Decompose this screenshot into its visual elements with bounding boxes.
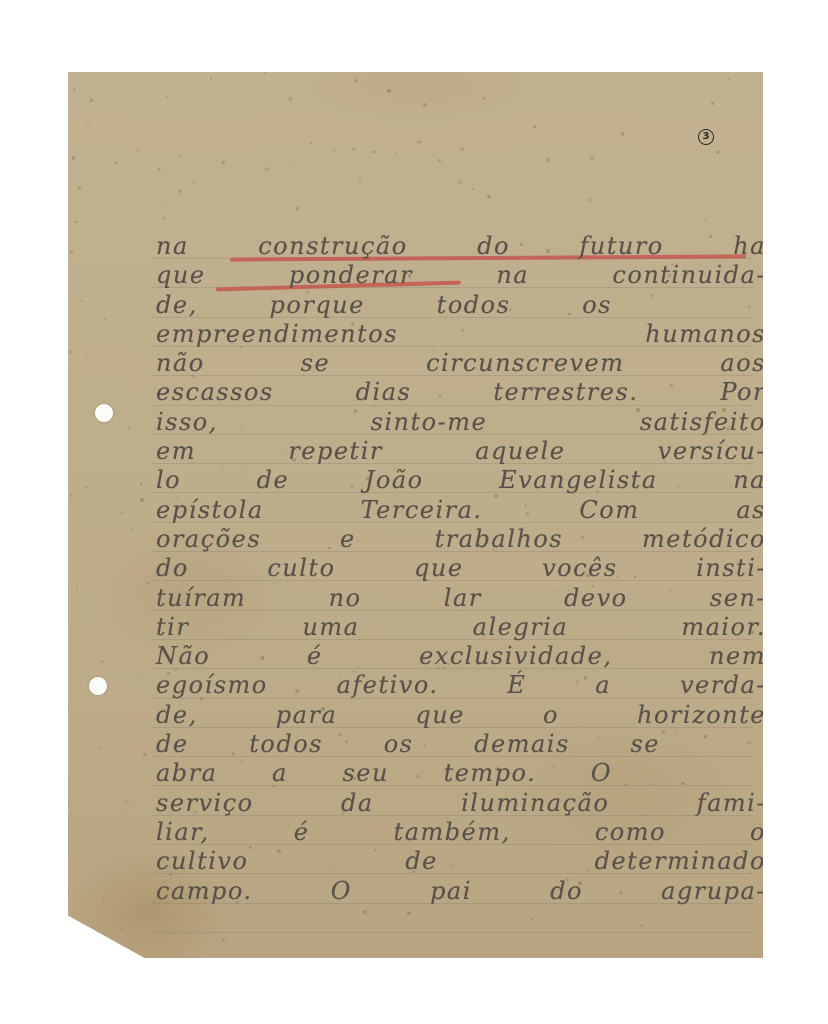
foxing-spot bbox=[407, 912, 410, 915]
foxing-spot bbox=[128, 427, 131, 430]
handwritten-word: satisfeito bbox=[640, 408, 766, 437]
handwritten-word: egoísmo bbox=[156, 671, 268, 700]
handwritten-word: tir bbox=[156, 613, 189, 642]
handwritten-word: também, bbox=[394, 818, 511, 847]
foxing-spot bbox=[372, 151, 375, 154]
foxing-spot bbox=[70, 494, 73, 497]
foxing-spot bbox=[70, 251, 73, 254]
handwritten-word: metódico bbox=[642, 525, 766, 554]
handwritten-word: todos bbox=[437, 291, 511, 320]
handwritten-word: dias bbox=[356, 378, 412, 407]
handwritten-word: ha bbox=[733, 232, 766, 261]
foxing-spot bbox=[74, 221, 76, 223]
text-line: queponderarnacontinuida- bbox=[156, 261, 766, 290]
foxing-spot bbox=[125, 799, 129, 803]
foxing-spot bbox=[455, 174, 457, 176]
text-line: tuíramnolardevosen- bbox=[156, 584, 766, 613]
foxing-spot bbox=[363, 910, 367, 914]
foxing-spot bbox=[303, 199, 304, 200]
foxing-spot bbox=[711, 102, 714, 105]
text-line: detodososdemaisse bbox=[156, 730, 660, 759]
text-line: abraaseutempo.O bbox=[156, 759, 612, 788]
handwritten-word: do bbox=[156, 554, 189, 583]
handwritten-word: determinado bbox=[595, 847, 766, 876]
handwritten-word: o bbox=[750, 818, 766, 847]
text-line: empreendimentoshumanos bbox=[156, 320, 766, 349]
handwritten-word: pai bbox=[430, 877, 472, 906]
handwritten-word: uma bbox=[302, 613, 359, 642]
handwritten-word: do bbox=[550, 877, 583, 906]
foxing-spot bbox=[104, 318, 106, 320]
handwritten-word: as bbox=[736, 496, 766, 525]
foxing-spot bbox=[94, 144, 96, 146]
handwritten-word: repetir bbox=[288, 437, 383, 466]
handwritten-word: ponderar bbox=[289, 261, 413, 290]
handwritten-word: de bbox=[405, 847, 438, 876]
handwritten-word: da bbox=[341, 789, 374, 818]
foxing-spot bbox=[703, 220, 705, 222]
text-line: liar,étambém,comoo bbox=[156, 818, 766, 847]
handwritten-word: continuida- bbox=[612, 261, 766, 290]
handwritten-word: orações bbox=[156, 525, 261, 554]
handwritten-word: de bbox=[257, 466, 290, 495]
foxing-spot bbox=[278, 98, 280, 100]
handwritten-word: que bbox=[415, 701, 465, 730]
foxing-spot bbox=[77, 729, 78, 730]
handwritten-word: epístola bbox=[156, 496, 264, 525]
foxing-spot bbox=[72, 156, 76, 160]
handwritten-word: empreendimentos bbox=[156, 320, 398, 349]
foxing-spot bbox=[472, 188, 474, 190]
handwritten-word: na bbox=[496, 261, 529, 290]
foxing-spot bbox=[81, 300, 83, 302]
foxing-spot bbox=[359, 178, 362, 181]
foxing-spot bbox=[728, 78, 730, 80]
page-number-circled: 3 bbox=[698, 129, 714, 145]
text-line: escassosdiasterrestres.Por bbox=[156, 378, 766, 407]
foxing-spot bbox=[483, 97, 486, 100]
foxing-spot bbox=[438, 159, 441, 162]
handwritten-word: humanos bbox=[645, 320, 766, 349]
foxing-spot bbox=[640, 924, 643, 927]
handwritten-word: Evangelista bbox=[499, 466, 658, 495]
foxing-spot bbox=[546, 158, 549, 161]
handwritten-word: tuíram bbox=[156, 584, 246, 613]
foxing-spot bbox=[210, 78, 212, 80]
foxing-spot bbox=[447, 87, 449, 89]
foxing-spot bbox=[716, 151, 719, 154]
text-line: oraçõesetrabalhosmetódico bbox=[156, 525, 766, 554]
handwritten-word: serviço bbox=[156, 789, 254, 818]
foxing-spot bbox=[121, 511, 124, 514]
foxing-spot bbox=[166, 95, 169, 98]
handwritten-word: o bbox=[543, 701, 559, 730]
text-line: epístolaTerceira.Comas bbox=[156, 496, 766, 525]
handwritten-word: que bbox=[414, 554, 464, 583]
handwritten-word: alegria bbox=[473, 613, 569, 642]
foxing-spot bbox=[676, 145, 677, 146]
foxing-spot bbox=[401, 130, 403, 132]
handwritten-word: insti- bbox=[696, 554, 766, 583]
foxing-spot bbox=[352, 148, 355, 151]
foxing-spot bbox=[191, 181, 195, 185]
text-line: tirumaalegriamaior. bbox=[156, 613, 766, 642]
text-line: nãosecircunscrevemaos bbox=[156, 349, 766, 378]
text-line: cultivodedeterminado bbox=[156, 847, 766, 876]
foxing-spot bbox=[395, 153, 397, 155]
handwritten-word: não bbox=[156, 349, 205, 378]
foxing-spot bbox=[87, 125, 89, 127]
handwritten-word: isso, bbox=[156, 408, 218, 437]
foxing-spot bbox=[76, 585, 78, 587]
handwritten-word: na bbox=[733, 466, 766, 495]
foxing-spot bbox=[265, 167, 269, 171]
text-line: emrepetiraqueleversícu- bbox=[156, 437, 766, 466]
foxing-spot bbox=[179, 155, 180, 156]
handwritten-word: se bbox=[301, 349, 331, 378]
foxing-spot bbox=[143, 753, 146, 756]
foxing-spot bbox=[221, 207, 222, 208]
text-line: Nãoéexclusividade,nem bbox=[156, 642, 766, 671]
handwritten-word: todos bbox=[249, 730, 323, 759]
handwritten-word: construção bbox=[258, 232, 407, 261]
text-line: de,paraqueohorizonte bbox=[156, 701, 766, 730]
punch-hole-bottom bbox=[89, 677, 107, 695]
foxing-spot bbox=[222, 161, 225, 164]
foxing-spot bbox=[73, 88, 76, 91]
foxing-spot bbox=[137, 150, 140, 153]
foxing-spot bbox=[503, 153, 505, 155]
text-line: egoísmoafetivo.Éaverda- bbox=[156, 671, 766, 700]
foxing-spot bbox=[100, 747, 102, 749]
foxing-spot bbox=[420, 141, 422, 143]
foxing-spot bbox=[589, 164, 591, 166]
foxing-spot bbox=[103, 898, 105, 900]
foxing-spot bbox=[78, 186, 81, 189]
handwritten-word: escassos bbox=[156, 378, 274, 407]
foxing-spot bbox=[162, 217, 165, 220]
foxing-spot bbox=[69, 350, 73, 354]
foxing-spot bbox=[289, 97, 292, 100]
handwritten-word: para bbox=[276, 701, 337, 730]
handwritten-word: lo bbox=[156, 466, 181, 495]
handwritten-word: iluminação bbox=[461, 789, 609, 818]
handwritten-word: trabalhos bbox=[435, 525, 564, 554]
foxing-spot bbox=[692, 922, 695, 925]
foxing-spot bbox=[481, 165, 482, 166]
handwritten-word: nem bbox=[709, 642, 766, 671]
foxing-spot bbox=[419, 941, 421, 943]
handwritten-word: lar bbox=[444, 584, 482, 613]
foxing-spot bbox=[294, 162, 295, 163]
handwritten-word: devo bbox=[564, 584, 628, 613]
handwritten-word: que bbox=[156, 261, 206, 290]
foxing-spot bbox=[757, 84, 759, 86]
foxing-spot bbox=[719, 151, 722, 154]
handwritten-word: é bbox=[307, 642, 323, 671]
handwritten-word: seu bbox=[342, 759, 388, 788]
handwritten-word: liar, bbox=[156, 818, 210, 847]
handwritten-word: versícu- bbox=[658, 437, 766, 466]
handwritten-word: futuro bbox=[579, 232, 663, 261]
handwritten-word: aquele bbox=[475, 437, 565, 466]
handwritten-word: cultivo bbox=[156, 847, 248, 876]
foxing-spot bbox=[533, 125, 536, 128]
foxing-spot bbox=[120, 928, 122, 930]
handwritten-word: os bbox=[582, 291, 612, 320]
handwritten-word: É bbox=[507, 671, 526, 700]
foxing-spot bbox=[459, 181, 462, 184]
handwritten-word: O bbox=[331, 877, 352, 906]
foxing-spot bbox=[487, 195, 491, 199]
foxing-spot bbox=[354, 79, 356, 81]
foxing-spot bbox=[179, 190, 182, 193]
text-line: de,porquetodosos bbox=[156, 291, 612, 320]
handwritten-word: Terceira. bbox=[361, 496, 483, 525]
foxing-spot bbox=[147, 582, 149, 584]
foxing-spot bbox=[222, 939, 225, 942]
handwritten-word: a bbox=[595, 671, 611, 700]
text-line: isso,sinto-mesatisfeito bbox=[156, 408, 766, 437]
handwritten-word: se bbox=[630, 730, 660, 759]
handwritten-word: a bbox=[272, 759, 288, 788]
foxing-spot bbox=[621, 132, 625, 136]
foxing-spot bbox=[140, 483, 142, 485]
foxing-spot bbox=[333, 149, 336, 152]
manuscript-page: 3 naconstruçãodofuturohaqueponderarnacon… bbox=[68, 72, 763, 958]
foxing-spot bbox=[167, 201, 168, 202]
handwritten-word: campo. bbox=[156, 877, 253, 906]
handwritten-word: aos bbox=[720, 349, 766, 378]
handwritten-word: na bbox=[156, 232, 189, 261]
handwritten-word: vocês bbox=[542, 554, 617, 583]
handwritten-word: de, bbox=[156, 701, 198, 730]
text-line: naconstruçãodofuturoha bbox=[156, 232, 766, 261]
handwritten-word: tempo. bbox=[444, 759, 537, 788]
handwritten-word: como bbox=[595, 818, 666, 847]
foxing-spot bbox=[144, 233, 145, 234]
foxing-spot bbox=[310, 142, 312, 144]
handwritten-word: Não bbox=[156, 642, 210, 671]
handwritten-word: verda- bbox=[680, 671, 766, 700]
foxing-spot bbox=[611, 944, 612, 945]
handwritten-word: culto bbox=[267, 554, 335, 583]
text-line: campo.Opaidoagrupa- bbox=[156, 877, 766, 906]
text-line: docultoquevocêsinsti- bbox=[156, 554, 766, 583]
handwritten-word: agrupa- bbox=[661, 877, 766, 906]
handwritten-word: de, bbox=[156, 291, 198, 320]
handwritten-word: circunscrevem bbox=[426, 349, 624, 378]
text-line: serviçodailuminaçãofami- bbox=[156, 789, 766, 818]
handwritten-word: os bbox=[384, 730, 414, 759]
handwritten-word: maior. bbox=[681, 613, 766, 642]
foxing-spot bbox=[531, 918, 533, 920]
handwritten-word: terrestres. bbox=[493, 378, 638, 407]
handwritten-word: é bbox=[294, 818, 310, 847]
foxing-spot bbox=[588, 198, 592, 202]
foxing-spot bbox=[140, 677, 142, 679]
handwritten-word: abra bbox=[156, 759, 217, 788]
handwritten-word: em bbox=[156, 437, 196, 466]
folded-corner bbox=[68, 932, 96, 958]
text-line: lodeJoãoEvangelistana bbox=[156, 466, 766, 495]
foxing-spot bbox=[101, 660, 105, 664]
foxing-spot bbox=[140, 498, 144, 502]
handwritten-word: O bbox=[591, 759, 612, 788]
foxing-spot bbox=[153, 176, 155, 178]
handwritten-word: porque bbox=[270, 291, 365, 320]
handwritten-word: João bbox=[365, 466, 424, 495]
scan-canvas: 3 naconstruçãodofuturohaqueponderarnacon… bbox=[0, 0, 828, 1024]
foxing-spot bbox=[85, 486, 88, 489]
handwritten-word: sen- bbox=[710, 584, 766, 613]
punch-hole-top bbox=[95, 404, 113, 422]
handwritten-word: no bbox=[329, 584, 362, 613]
foxing-spot bbox=[157, 168, 161, 172]
handwritten-word: exclusividade, bbox=[419, 642, 612, 671]
foxing-spot bbox=[264, 72, 266, 74]
foxing-spot bbox=[590, 156, 594, 160]
foxing-spot bbox=[387, 89, 391, 93]
foxing-spot bbox=[375, 913, 376, 914]
handwritten-word: Por bbox=[720, 378, 766, 407]
handwritten-word: sinto-me bbox=[371, 408, 488, 437]
handwritten-word: Com bbox=[579, 496, 639, 525]
foxing-spot bbox=[460, 147, 464, 151]
handwritten-word: fami- bbox=[697, 789, 766, 818]
handwritten-word: horizonte bbox=[637, 701, 766, 730]
ruled-line bbox=[152, 932, 752, 933]
handwritten-word: de bbox=[156, 730, 189, 759]
handwritten-text-body: naconstruçãodofuturohaqueponderarnaconti… bbox=[156, 232, 766, 906]
handwritten-word: demais bbox=[474, 730, 570, 759]
handwritten-word: afetivo. bbox=[337, 671, 439, 700]
handwritten-word: e bbox=[340, 525, 356, 554]
foxing-spot bbox=[114, 162, 116, 164]
foxing-spot bbox=[237, 179, 238, 180]
foxing-spot bbox=[90, 99, 94, 103]
foxing-spot bbox=[423, 103, 427, 107]
foxing-spot bbox=[296, 207, 299, 210]
foxing-spot bbox=[130, 529, 132, 531]
foxing-spot bbox=[85, 357, 88, 360]
foxing-spot bbox=[70, 813, 72, 815]
handwritten-word: do bbox=[477, 232, 510, 261]
